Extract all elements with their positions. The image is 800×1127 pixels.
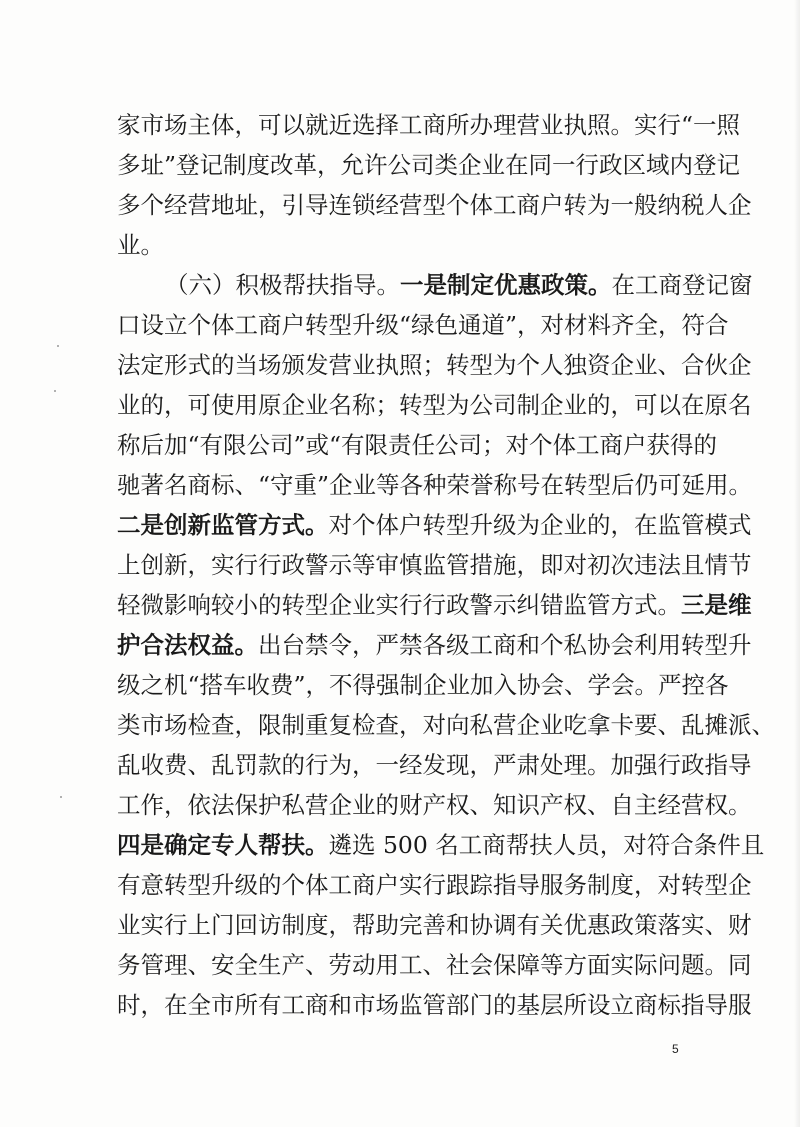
document-page: 家市场主体，可以就近选择工商所办理营业执照。实行“一照 多址”登记制度改革，允许… [0, 0, 800, 1127]
section-heading-line: （六）积极帮扶指导。一是制定优惠政策。在工商登记窗 [117, 265, 683, 305]
section-heading: （六）积极帮扶指导。 [165, 271, 400, 299]
text-line-7: 法定形式的当场颁发营业执照；转型为个人独资企业、合伙企 [117, 345, 683, 385]
text-line-17: 乱收费、乱罚款的行为，一经发现，严肃处理。加强行政指导 [117, 745, 683, 785]
text-line-1: 家市场主体，可以就近选择工商所办理营业执照。实行“一照 [117, 105, 683, 145]
text-line-9: 称后加“有限公司”或“有限责任公司；对个体工商户获得的 [117, 425, 683, 465]
text-line-22: 务管理、安全生产、劳动用工、社会保障等方面实际问题。同 [117, 945, 683, 985]
body-text: 家市场主体，可以就近选择工商所办理营业执照。实行“一照 多址”登记制度改革，允许… [117, 105, 683, 1025]
text-line-20: 有意转型升级的个体工商户实行跟踪指导服务制度，对转型企 [117, 865, 683, 905]
text-line-10: 驰著名商标、“守重”企业等各种荣誉称号在转型后仍可延用。 [117, 465, 683, 505]
scan-speck [54, 390, 56, 392]
text-line-14: 护合法权益。出台禁令，严禁各级工商和个私协会利用转型升 [117, 625, 683, 665]
text-line-21: 业实行上门回访制度，帮助完善和协调有关优惠政策落实、财 [117, 905, 683, 945]
bold-point-3-start: 三是维 [681, 591, 752, 619]
text-line-6: 口设立个体工商户转型升级“绿色通道”，对材料齐全，符合 [117, 305, 683, 345]
text-line-11: 二是创新监管方式。对个体户转型升级为企业的，在监管模式 [117, 505, 683, 545]
bold-point-4: 四是确定专人帮扶。 [117, 831, 329, 859]
text-line-23: 时，在全市所有工商和市场监管部门的基层所设立商标指导服 [117, 985, 683, 1025]
text-line-15: 级之机“搭车收费”，不得强制企业加入协会、学会。严控各 [117, 665, 683, 705]
text-line-12: 上创新，实行行政警示等审慎监管措施，即对初次违法且情节 [117, 545, 683, 585]
scan-speck [57, 345, 59, 347]
text-line-2: 多址”登记制度改革，允许公司类企业在同一行政区域内登记 [117, 145, 683, 185]
bold-point-3-end: 护合法权益。 [117, 631, 258, 659]
bold-point-2: 二是创新监管方式。 [117, 511, 329, 539]
text-line-4: 业。 [117, 225, 683, 265]
text-line-19: 四是确定专人帮扶。遴选 500 名工商帮扶人员，对符合条件且 [117, 825, 683, 865]
text-line-13: 轻微影响较小的转型企业实行行政警示纠错监管方式。三是维 [117, 585, 683, 625]
scan-speck [60, 796, 62, 798]
text-line-16: 类市场检查，限制重复检查，对向私营企业吃拿卡要、乱摊派、 [117, 705, 683, 745]
bold-point-1: 一是制定优惠政策。 [400, 271, 612, 299]
page-number: 5 [672, 1042, 679, 1056]
text-line-8: 业的，可使用原企业名称；转型为公司制企业的，可以在原名 [117, 385, 683, 425]
text-line-18: 工作，依法保护私营企业的财产权、知识产权、自主经营权。 [117, 785, 683, 825]
text-line-3: 多个经营地址，引导连锁经营型个体工商户转为一般纳税人企 [117, 185, 683, 225]
page-edge-shadow [794, 0, 800, 1127]
